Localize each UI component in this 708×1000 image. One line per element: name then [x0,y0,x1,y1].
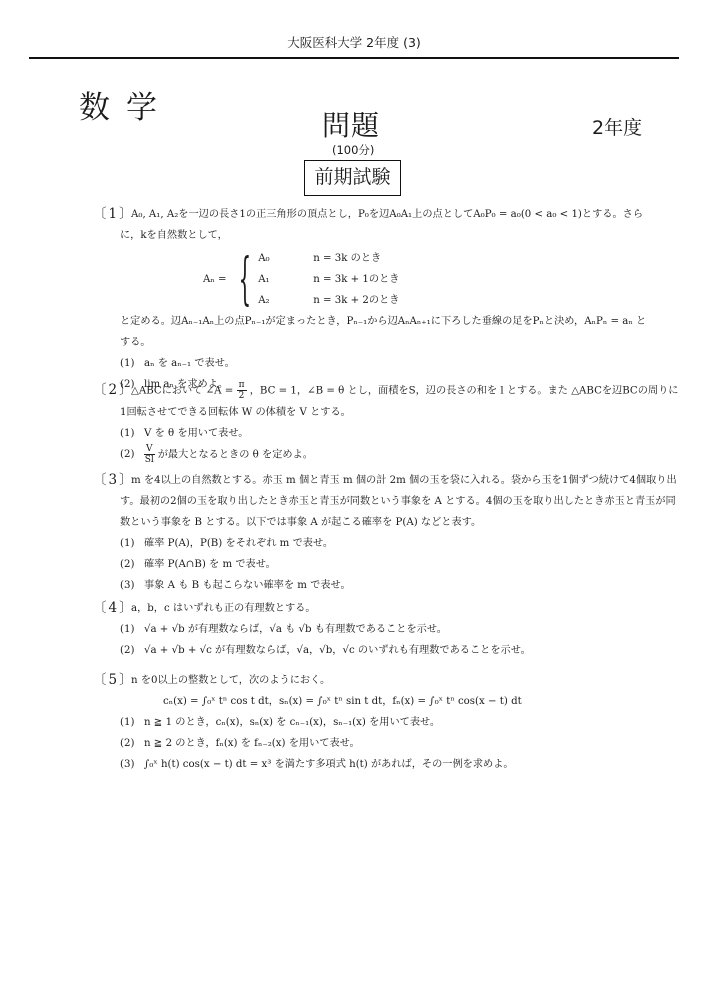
problem-text: a，b，c はいずれも正の有理数とする。 [131,598,683,619]
page-title: 問題 [322,104,380,144]
case-row: A₂n = 3k + 2のとき [258,290,399,311]
subquestion-2: (2)n ≧ 2 のとき，fₙ(x) を fₙ₋₂(x) を用いて表せ。 [120,733,683,754]
subquestion-1: (1)√a + √b が有理数ならば，√a も √b も有理数であることを示せ。 [120,619,683,640]
case-row: A₁n = 3k + 1のとき [258,269,399,290]
problem-3: 〔3〕 m を4以上の自然数とする。赤玉 m 個と青玉 m 個の計 2m 個の玉… [93,470,683,596]
problem-text: △ABCにおいて ∠A = π2 ，BC = 1，∠B = θ とし，面積をS，… [131,380,683,402]
problem-2: 〔2〕 △ABCにおいて ∠A = π2 ，BC = 1，∠B = θ とし，面… [93,380,683,465]
problem-number: 〔4〕 [93,598,135,619]
running-head: 大阪医科大学 2年度 (3) [0,33,708,51]
subject-title: 数学 [79,82,173,127]
subquestion-1: (1)確率 P(A)，P(B) をそれぞれ m で表せ。 [120,533,683,554]
problem-number: 〔5〕 [93,670,135,691]
problem-text: 数という事象を B とする。以下では事象 A が起こる確率を P(A) などと表… [120,512,683,533]
formula: cₙ(x) = ∫₀ˣ tⁿ cos t dt，sₙ(x) = ∫₀ˣ tⁿ s… [163,691,683,712]
subquestion-1: (1)V を θ を用いて表せ。 [120,423,683,444]
problem-text: に，kを自然数として， [120,225,683,246]
problem-text: m を4以上の自然数とする。赤玉 m 個と青玉 m 個の計 2m 個の玉を袋に入… [131,470,683,491]
fraction: VSl [144,444,155,465]
problem-text: と定める。辺Aₙ₋₁Aₙ上の点Pₙ₋₁が定まったとき，Pₙ₋₁から辺AₙAₙ₊₁… [120,311,683,332]
subquestion-3: (3)∫₀ˣ h(t) cos(x − t) dt = x³ を満たす多項式 h… [120,754,683,775]
problem-text: n を0以上の整数として，次のようにおく。 [131,670,683,691]
left-brace-icon: { [238,250,250,310]
case-row: A₀n = 3k のとき [258,248,399,269]
problem-text: す。最初の2個の玉を取り出したとき赤玉と青玉が同数という事象を A とする。4個… [120,491,683,512]
problem-4: 〔4〕 a，b，c はいずれも正の有理数とする。 (1)√a + √b が有理数… [93,598,683,661]
problem-1: 〔1〕 A₀, A₁, A₂を一辺の長さ1の正三角形の頂点とし，P₀を辺A₀A₁… [93,204,683,395]
cases-lhs: Aₙ = [203,269,227,290]
problem-number: 〔2〕 [93,380,135,401]
year-label: 2年度 [592,113,642,140]
exam-type-box: 前期試験 [304,160,401,196]
subquestion-3: (3)事象 A も B も起こらない確率を m で表せ。 [120,575,683,596]
problem-text: する。 [120,332,683,353]
header-rule [29,57,679,59]
problem-number: 〔1〕 [93,204,135,225]
problem-number: 〔3〕 [93,470,135,491]
subquestion-2: (2)確率 P(A∩B) を m で表せ。 [120,554,683,575]
subquestion-1: (1)n ≧ 1 のとき，cₙ(x)，sₙ(x) を cₙ₋₁(x)，sₙ₋₁(… [120,712,683,733]
piecewise-definition: Aₙ = { A₀n = 3k のとき A₁n = 3k + 1のとき A₂n … [203,248,683,311]
problem-5: 〔5〕 n を0以上の整数として，次のようにおく。 cₙ(x) = ∫₀ˣ tⁿ… [93,670,683,775]
subquestion-1: (1)aₙ を aₙ₋₁ で表せ。 [120,353,683,374]
problem-text: A₀, A₁, A₂を一辺の長さ1の正三角形の頂点とし，P₀を辺A₀A₁上の点と… [131,204,683,225]
subquestion-2: (2)√a + √b + √c が有理数ならば，√a，√b，√c のいずれも有理… [120,640,683,661]
problem-text: 1回転させてできる回転体 W の体積を V とする。 [120,402,683,423]
duration-label: (100分) [332,142,374,158]
fraction: π2 [237,380,247,401]
subquestion-2: (2)VSl が最大となるときの θ を定めよ。 [120,444,683,466]
